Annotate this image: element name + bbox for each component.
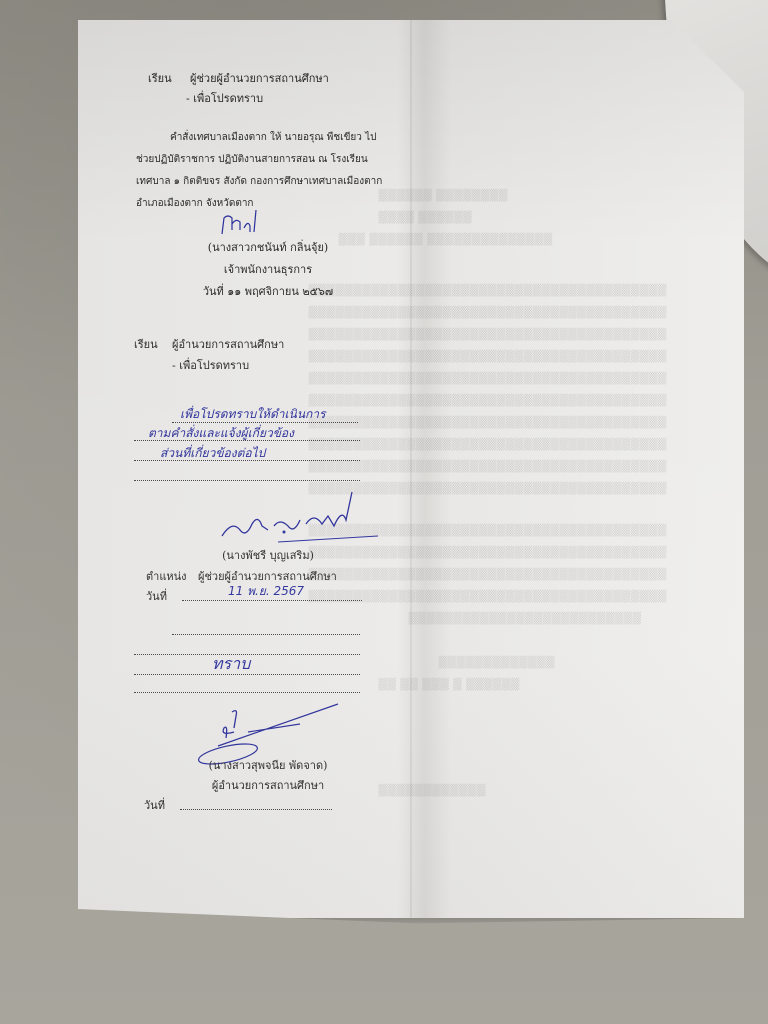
show-through-text: ▒▒▒▒▒▒▒▒▒▒▒▒▒▒ ▒▒▒▒▒▒ ▒▒▒ (338, 229, 552, 251)
memo1-signature (218, 208, 268, 238)
memo2-to-label: เรียน (134, 335, 158, 353)
show-through-text: ▒▒▒▒▒▒▒▒▒▒▒▒▒▒▒▒▒▒▒▒▒▒▒▒▒▒▒▒▒▒▒▒▒▒▒▒▒▒▒▒ (308, 346, 666, 368)
memo2-signer-name: (นางพัชรี บุญเสริม) (222, 546, 314, 564)
show-through-text: ▒▒▒▒▒▒▒▒ ▒▒▒▒▒▒ (378, 185, 507, 207)
memo3-signer-position: ผู้อำนวยการสถานศึกษา (212, 776, 324, 794)
memo1-date: วันที่ ๑๑ พฤศจิกายน ๒๕๖๗ (203, 282, 333, 300)
memo2-purpose: - เพื่อโปรดทราบ (172, 356, 249, 374)
memo2-handwritten-line: เพื่อโปรดทราบให้ดำเนินการ (180, 405, 326, 424)
memo1-signer-position: เจ้าพนักงานธุรการ (224, 260, 312, 278)
memo1-to-value: ผู้ช่วยผู้อำนวยการสถานศึกษา (190, 69, 329, 87)
document-page: ▒▒▒▒▒▒▒▒ ▒▒▒▒▒▒ ▒▒▒▒▒▒ ▒▒▒▒ ▒▒▒▒▒▒▒▒▒▒▒▒… (78, 20, 744, 918)
show-through-text: ▒▒▒▒▒▒ ▒ ▒▒▒ ▒▒ ▒▒ (378, 674, 519, 696)
memo3-date-label: วันที่ (144, 796, 165, 814)
memo2-handwritten-line: ส่วนที่เกี่ยวข้องต่อไป (160, 444, 265, 463)
show-through-text: ▒▒▒▒▒▒▒▒▒▒▒▒ (378, 780, 486, 802)
memo1-body-line: ช่วยปฏิบัติราชการ ปฏิบัติงานสายการสอน ณ … (136, 152, 368, 167)
show-through-text: ▒▒▒▒▒▒▒▒▒▒▒▒▒▒▒▒▒▒▒▒▒▒▒▒▒▒▒▒▒▒▒▒▒▒▒▒▒▒▒▒ (308, 368, 666, 390)
show-through-text: ▒▒▒▒▒▒▒▒▒▒▒▒▒▒▒▒▒▒▒▒▒▒▒▒▒▒▒▒▒▒▒▒▒▒▒▒▒▒▒▒ (308, 586, 666, 608)
memo2-position-label: ตำแหน่ง (146, 567, 187, 585)
show-through-text: ▒▒▒▒▒▒▒▒▒▒▒▒▒▒▒▒▒▒▒▒▒▒▒▒▒▒▒▒▒▒▒▒▒▒▒▒▒▒▒▒ (308, 564, 666, 586)
memo1-body-line: คำสั่งเทศบาลเมืองตาก ให้ นายอรุณ พืชเขีย… (170, 130, 376, 145)
memo1-to-label: เรียน (148, 69, 172, 87)
show-through-text: ▒▒▒▒▒▒▒▒▒▒▒▒▒▒▒▒▒▒▒▒▒▒▒▒▒▒ (408, 608, 641, 630)
memo1-purpose: - เพื่อโปรดทราบ (186, 89, 263, 107)
show-through-text: ▒▒▒▒▒▒▒▒▒▒▒▒▒▒▒▒▒▒▒▒▒▒▒▒▒▒▒▒▒▒▒▒▒▒▒▒▒▒▒▒ (308, 434, 666, 456)
show-through-text: ▒▒▒▒▒▒▒▒▒▒▒▒▒▒▒▒▒▒▒▒▒▒▒▒▒▒▒▒▒▒▒▒▒▒▒▒▒▒▒▒ (308, 412, 666, 434)
show-through-text: ▒▒▒▒▒▒▒▒▒▒▒▒▒ (438, 652, 554, 674)
show-through-text: ▒▒▒▒▒▒ ▒▒▒▒ (378, 207, 472, 229)
show-through-text: ▒▒▒▒▒▒▒▒▒▒▒▒▒▒▒▒▒▒▒▒▒▒▒▒▒▒▒▒▒▒▒▒▒▒▒▒▒▒▒▒ (308, 456, 666, 478)
dotted-line (134, 480, 360, 481)
dotted-line (134, 692, 360, 693)
memo1-signer-name: (นางสาวกชนันท์ กลิ่นจุ้ย) (208, 238, 328, 256)
memo1-body-line: เทศบาล ๑ กิตติขจร สังกัด กองการศึกษาเทศบ… (136, 174, 382, 189)
dotted-line (172, 634, 360, 635)
memo2-to-value: ผู้อำนวยการสถานศึกษา (172, 335, 284, 353)
memo2-date-value: 11 พ.ย. 2567 (228, 582, 304, 601)
memo3-handwritten-note: ทราบ (212, 652, 250, 677)
memo3-signer-name: (นางสาวสุพจนีย พัดจาด) (209, 756, 328, 774)
memo2-date-label: วันที่ (146, 587, 167, 605)
show-through-text: ▒▒▒▒▒▒▒▒▒▒▒▒▒▒▒▒▒▒▒▒▒▒▒▒▒▒▒▒▒▒▒▒▒▒▒▒▒▒▒▒ (308, 324, 666, 346)
show-through-text: ▒▒▒▒▒▒▒▒▒▒▒▒▒▒▒▒▒▒▒▒▒▒▒▒▒▒▒▒▒▒▒▒▒▒▒▒▒▒▒▒ (308, 390, 666, 412)
show-through-text: ▒▒▒▒▒▒▒▒▒▒▒▒▒▒▒▒▒▒▒▒▒▒▒▒▒▒▒▒▒▒▒▒▒▒▒▒▒▒▒▒ (308, 302, 666, 324)
memo2-signature (218, 490, 388, 550)
dotted-line (180, 809, 332, 810)
show-through-text: ▒▒▒▒▒▒▒▒▒▒▒▒▒▒▒▒▒▒▒▒▒▒▒▒▒▒▒▒▒▒▒▒▒▒▒▒▒▒▒▒ (308, 280, 666, 302)
memo2-handwritten-line: ตามคำสั่งและแจ้งผู้เกี่ยวข้อง (148, 424, 294, 443)
